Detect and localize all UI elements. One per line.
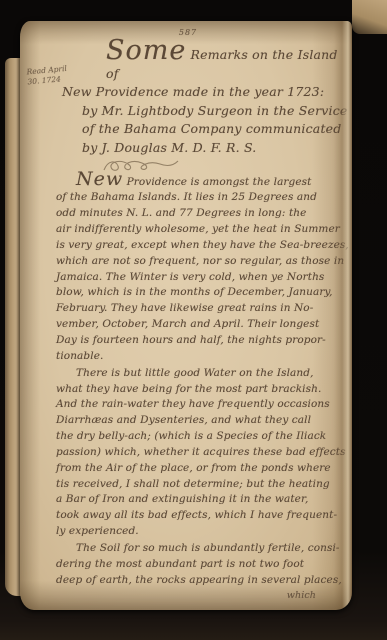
manuscript-line: which are not so frequent, nor so regula… [56,254,346,270]
flourish-ornament [102,158,180,173]
manuscript-line: deep of earth, the rocks appearing in se… [56,573,346,589]
manuscript-line: tis received, I shall not determine; but… [56,477,346,493]
manuscript-line: Day is fourteen hours and half, the nigh… [56,333,346,349]
manuscript-line: of the Bahama Islands. It lies in 25 Deg… [56,190,346,206]
catchword: which [20,588,352,604]
manuscript-line: ly experienced. [56,524,346,540]
manuscript-line: dering the most abundant part is not two… [56,557,346,573]
manuscript-line: passion) which, whether it acquires thes… [56,445,346,461]
title-line: of the Bahama Company communicated [82,120,352,139]
manuscript-line: vember, October, March and April. Their … [56,317,346,333]
manuscript-line: tionable. [56,349,346,365]
title-opening-word: Some [106,35,186,66]
manuscript-page: 587 Read April 30. 1724 Some Remarks on … [20,21,352,610]
manuscript-line: Diarrhæas and Dysenteries, and what they… [56,413,346,429]
manuscript-line: New Providence is amongst the largest [76,172,346,191]
underlying-page-edge-left [5,58,21,596]
manuscript-line: blow, which is in the months of December… [56,285,346,301]
paragraph: New Providence is amongst the largest of… [20,172,352,365]
manuscript-line: Jamaica. The Winter is very cold, when y… [56,270,346,286]
title-block: Some Remarks on the Island of New Provid… [20,42,352,158]
paragraph: There is but little good Water on the Is… [20,366,352,540]
manuscript-line: There is but little good Water on the Is… [76,366,346,382]
manuscript-line: February. They have likewise great rains… [56,301,346,317]
manuscript-line: is very great, except when they have the… [56,238,346,254]
manuscript-line: what they have being for the most part b… [56,382,346,398]
manuscript-line: And the rain-water they have frequently … [56,397,346,413]
manuscript-line: from the Air of the place, or from the p… [56,461,346,477]
folio-number: 587 [24,28,352,37]
manuscript-line: air indifferently wholesome, yet the hea… [56,222,346,238]
page-fold-shadow [334,21,352,610]
line-text: Providence is amongst the largest [127,176,312,188]
manuscript-line: odd minutes N. L. and 77 Degrees in long… [56,206,346,222]
paragraph: The Soil for so much is abundantly ferti… [20,541,352,589]
manuscript-body: New Providence is amongst the largest of… [20,172,352,604]
title-line: by Mr. Lightbody Surgeon in the Service [82,102,352,121]
underlying-page-edge-top-right [352,0,387,34]
photo-background: 587 Read April 30. 1724 Some Remarks on … [0,0,387,640]
manuscript-line: the dry belly-ach; (which is a Species o… [56,429,346,445]
title-line: Some Remarks on the Island of [106,42,352,83]
manuscript-line: The Soil for so much is abundantly ferti… [76,541,346,557]
title-line: by J. Douglas M. D. F. R. S. [82,139,352,158]
manuscript-line: a Bar of Iron and extinguishing it in th… [56,492,346,508]
title-line: New Providence made in the year 1723: [62,83,352,102]
manuscript-line: took away all its bad effects, which I h… [56,508,346,524]
